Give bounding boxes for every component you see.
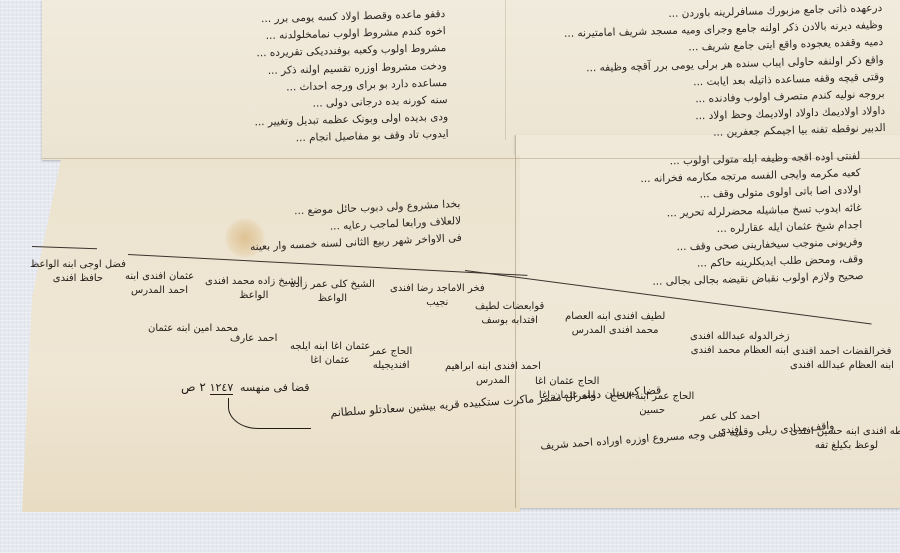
- body-text-upper-right: درعهده ذاتی جامع مزبورك مسافرلرینه باورد…: [442, 0, 886, 150]
- witness-signature: الشیخ کلی عمر زاده الواعظ: [290, 278, 375, 306]
- witness-signature: قوابعضات لطیف افتدابه بوسف: [475, 300, 544, 328]
- closing-seal-word: قضا فی منهسه: [240, 381, 310, 394]
- body-text-upper-left: دقفو ماعده وقصط اولاد کسه یومی برر ... ا…: [35, 6, 449, 155]
- witness-signature: فضل اوجی ابنه الواعظ حافظ افندی: [30, 258, 126, 286]
- witness-signature: فخر الاماجد رضا افندی نجیب: [390, 282, 485, 310]
- date-prefix: ٢ ص: [181, 380, 206, 394]
- witness-signature: زخرالدوله عبدالله افندی ابنه العظام محمد…: [690, 330, 790, 358]
- witness-signature: احمد عارف: [230, 332, 277, 346]
- witness-signature: الحاج عمر افندیجیله: [370, 345, 412, 373]
- witness-signature: محمد امین ابنه عثمان: [148, 322, 238, 336]
- witness-signature: لطیف افندی ابنه العصام محمد افندی المدرس: [565, 310, 665, 338]
- signature-flourish: [228, 398, 311, 429]
- hijri-year: ١٢٤٧: [210, 381, 234, 395]
- witness-signature: الشیخ زاده محمد افندی الواعظ: [205, 275, 303, 303]
- date-marking: ١٢٤٧ ٢ ص: [181, 380, 233, 395]
- witness-signature: فخرالقضات احمد افندی ابنه العظام عبدالله…: [790, 345, 894, 373]
- witness-signature: عثمان افندی ابنه احمد المدرس: [125, 270, 194, 298]
- witness-signature: احمد افندی ابنه ابراهیم المدرس: [445, 360, 541, 388]
- witness-signature: عثمان اغا ابنه ایلجه عثمان اغا: [290, 340, 370, 368]
